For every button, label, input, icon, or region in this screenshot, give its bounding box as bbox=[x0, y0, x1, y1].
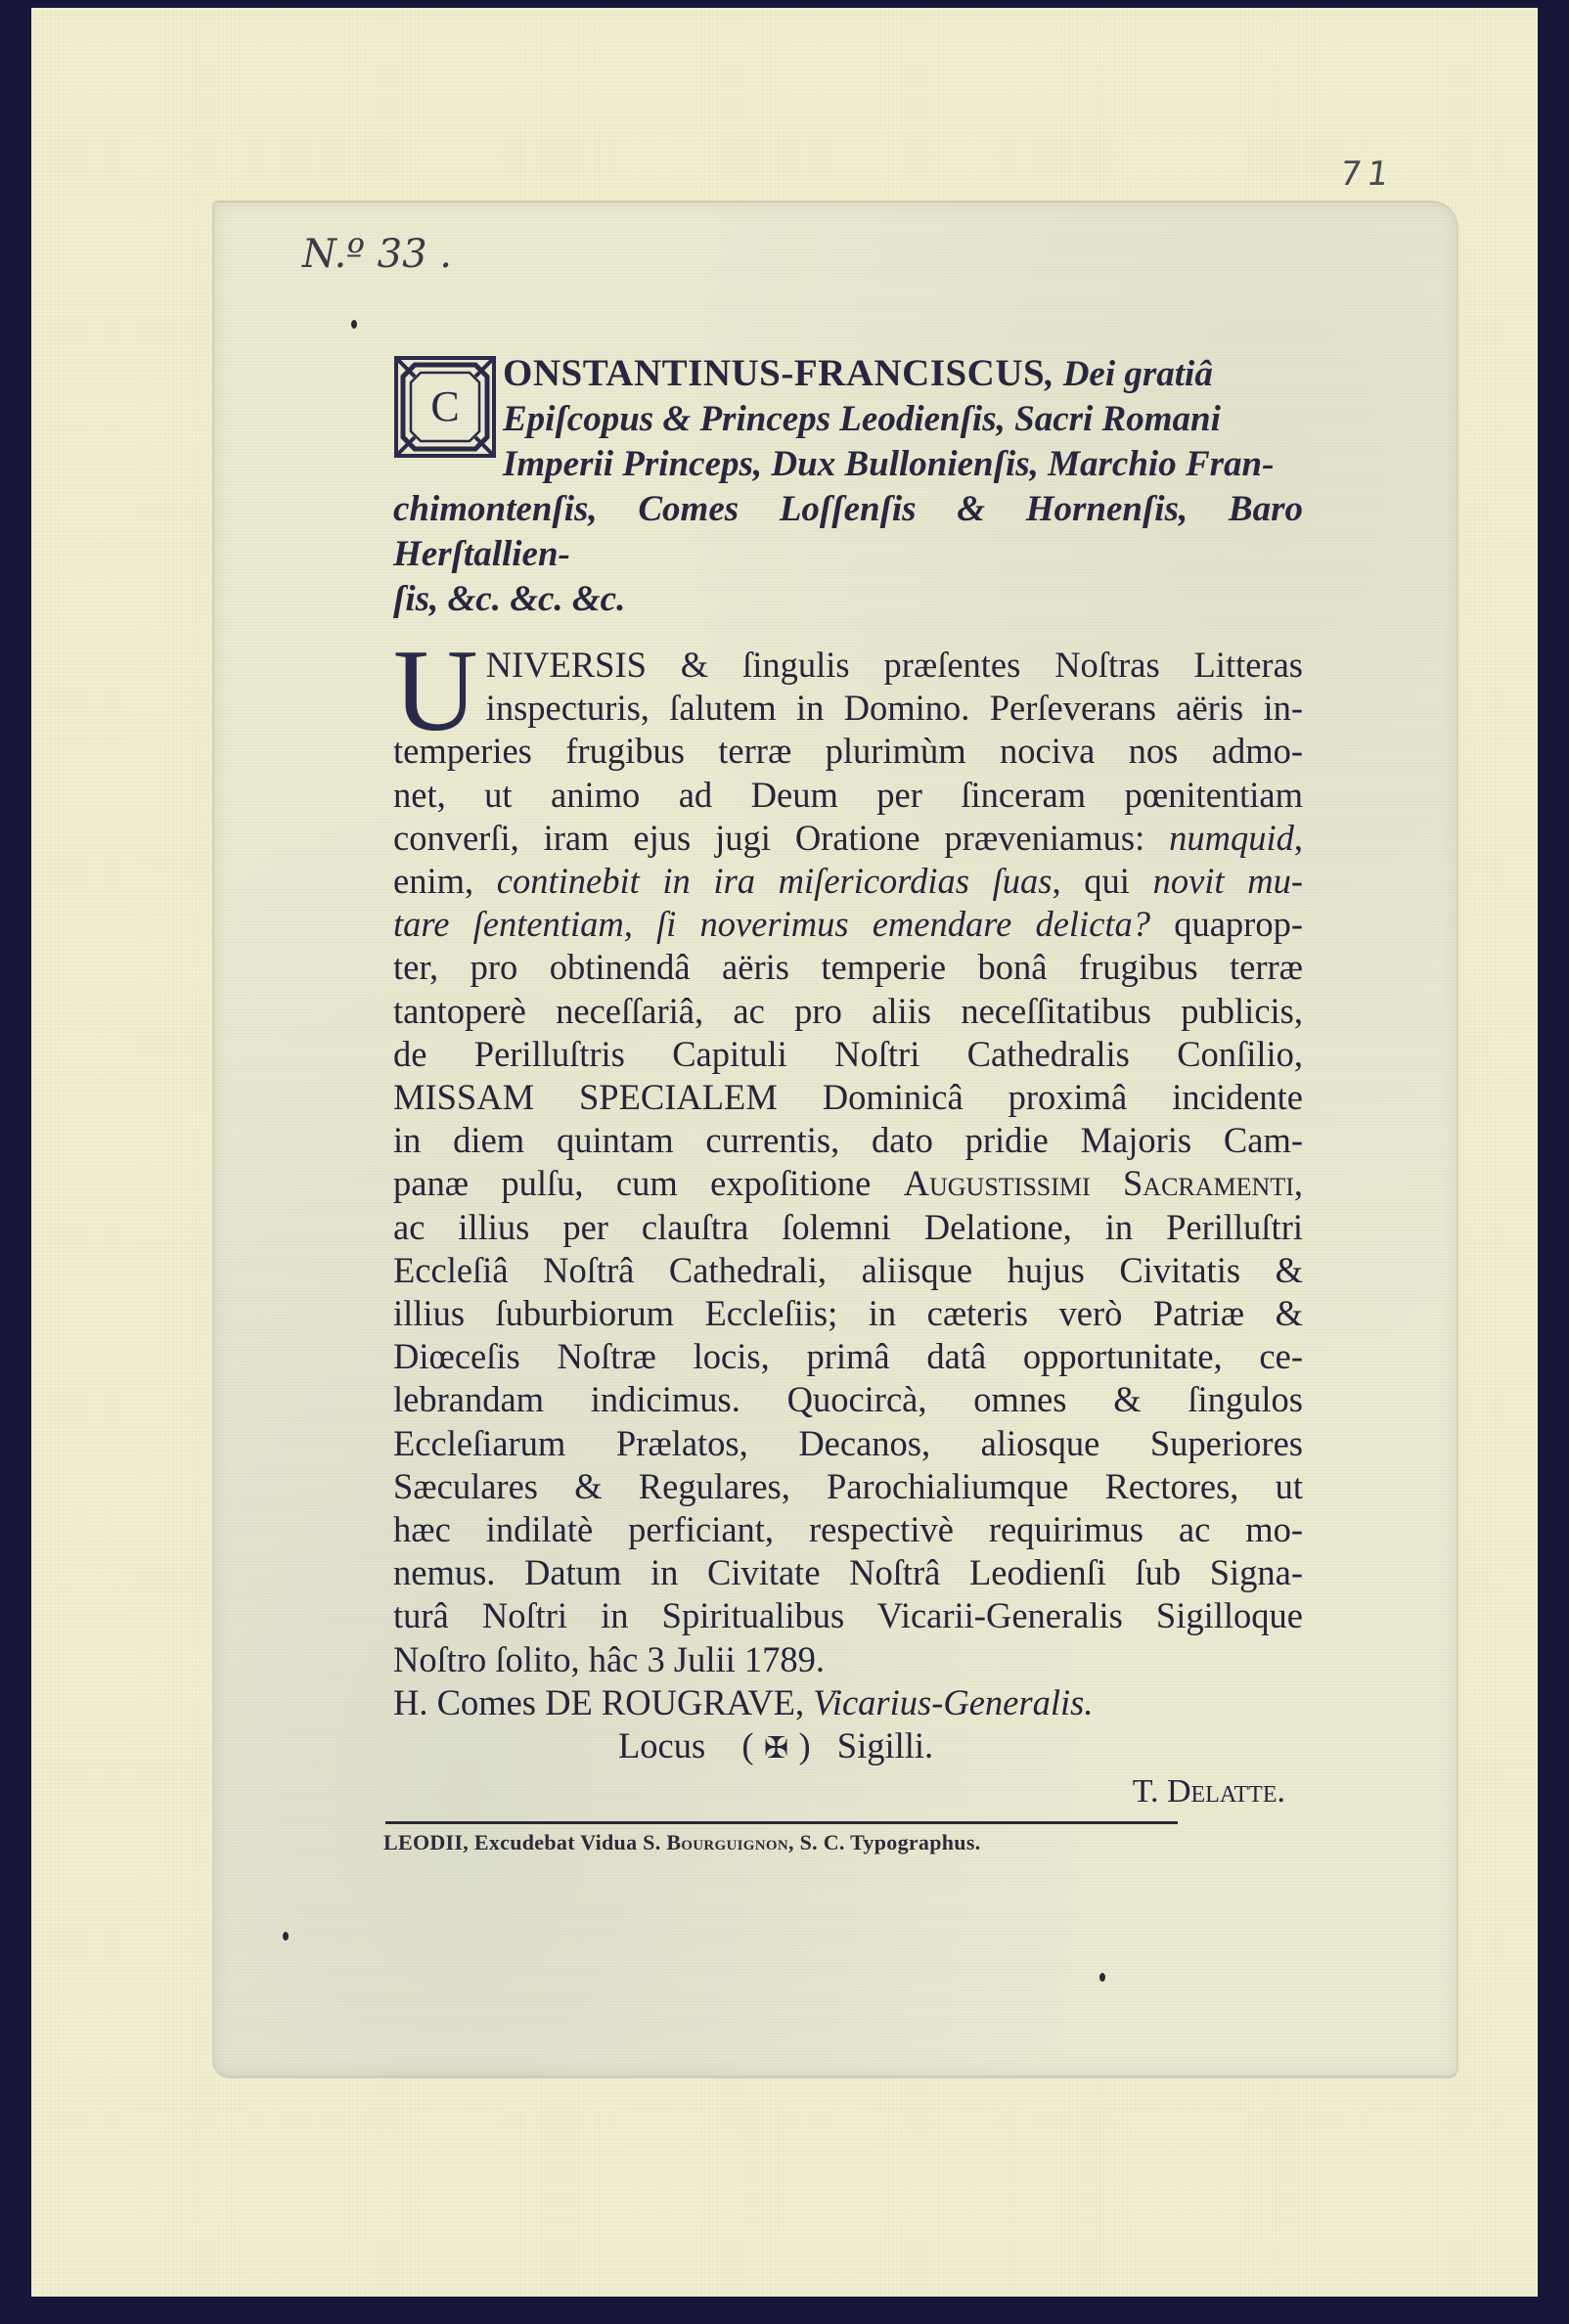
bishop-name: ONSTANTINUS-FRANCISCUS bbox=[503, 352, 1045, 394]
text-segment: Noſtro ſolito, hâc 3 Julii 1789. bbox=[393, 1639, 825, 1679]
body-line: turâ Noſtri in Spiritualibus Vicarii-Gen… bbox=[393, 1594, 1303, 1637]
body-lines: NIVERSIS & ſingulis præſentes Noſtras Li… bbox=[393, 644, 1303, 1681]
body-line: Sæculares & Regulares, Parochialiumque R… bbox=[393, 1465, 1303, 1508]
text-segment: Diœceſis Noſtræ locis, primâ datâ opport… bbox=[393, 1336, 1303, 1376]
heading-line: Epiſcopus & Princeps Leodienſis, Sacri R… bbox=[393, 397, 1303, 442]
text-segment: ter, pro obtinendâ aëris temperie bonâ f… bbox=[393, 947, 1303, 987]
body-line: de Perilluſtris Capituli Noſtri Cathedra… bbox=[393, 1033, 1303, 1076]
open-paren: ( bbox=[741, 1725, 753, 1765]
body-line: Diœceſis Noſtræ locis, primâ datâ opport… bbox=[393, 1335, 1303, 1378]
heading-line: , Dei gratiâ bbox=[1045, 354, 1213, 394]
drop-cap-u: U bbox=[393, 646, 478, 736]
text-segment: Eccleſiâ Noſtrâ Cathedrali, aliisque huj… bbox=[393, 1250, 1303, 1290]
ink-spot bbox=[283, 1932, 289, 1941]
imprint-end: , S. C. Typographus. bbox=[788, 1830, 981, 1855]
body-line: temperies frugibus terræ plurimùm nociva… bbox=[393, 730, 1303, 773]
seal-cross-icon: ✠ bbox=[761, 1727, 790, 1770]
divider-rule bbox=[385, 1821, 1178, 1824]
text-segment: nemus. Datum in Civitate Noſtrâ Leodienſ… bbox=[393, 1552, 1303, 1592]
text-segment: illius ſuburbiorum Eccleſiis; in cæteris… bbox=[393, 1293, 1303, 1333]
body-line: hæc indilatè perficiant, respectivè requ… bbox=[393, 1508, 1303, 1551]
secretary-signature: T. Delatte. bbox=[393, 1770, 1303, 1813]
body-line: Eccleſiarum Prælatos, Decanos, aliosque … bbox=[393, 1422, 1303, 1465]
body-line: lebrandam indicimus. Quocircà, omnes & ſ… bbox=[393, 1378, 1303, 1421]
decorated-initial-c: C bbox=[393, 355, 497, 459]
body-line: tare ſententiam, ſi noverimus emendare d… bbox=[393, 903, 1303, 946]
body-line: illius ſuburbiorum Eccleſiis; in cæteris… bbox=[393, 1292, 1303, 1335]
ink-spot bbox=[351, 320, 357, 329]
body-line: Noſtro ſolito, hâc 3 Julii 1789. bbox=[393, 1638, 1303, 1681]
heading-line: Imperii Princeps, Dux Bullonienſis, Marc… bbox=[393, 442, 1303, 487]
sigilli-label: Sigilli. bbox=[837, 1725, 933, 1765]
text-segment: , qui bbox=[1053, 861, 1153, 901]
body-line: net, ut animo ad Deum per ſinceram pœnit… bbox=[393, 774, 1303, 817]
body-line: converſi, iram ejus jugi Oratione præven… bbox=[393, 817, 1303, 860]
text-segment: net, ut animo ad Deum per ſinceram pœnit… bbox=[393, 775, 1303, 815]
signatory-name: H. Comes DE ROUGRAVE, bbox=[393, 1682, 813, 1722]
text-segment: in diem quintam currentis, dato pridie M… bbox=[393, 1120, 1303, 1160]
imprint-city: LEODII bbox=[383, 1830, 463, 1855]
svg-text:C: C bbox=[430, 382, 459, 430]
text-segment: Augustissimi Sacramenti bbox=[904, 1163, 1294, 1203]
body-line: Eccleſiâ Noſtrâ Cathedrali, aliisque huj… bbox=[393, 1249, 1303, 1292]
text-segment: , bbox=[1294, 1163, 1303, 1203]
manuscript-number: N.º 33 . bbox=[302, 232, 452, 277]
text-segment: NIVERSIS & ſingulis præſentes Noſtras Li… bbox=[486, 645, 1303, 685]
ornamental-frame-icon: C bbox=[393, 355, 497, 459]
text-segment: panæ pulſu, cum expoſitione bbox=[393, 1163, 904, 1203]
text-segment: novit mu- bbox=[1153, 861, 1303, 901]
body-line: ter, pro obtinendâ aëris temperie bonâ f… bbox=[393, 946, 1303, 989]
body-line: ac illius per clauſtra ſolemni Delatione… bbox=[393, 1206, 1303, 1249]
body-line: nemus. Datum in Civitate Noſtrâ Leodienſ… bbox=[393, 1551, 1303, 1594]
signatory-title: Vicarius-Generalis. bbox=[813, 1682, 1093, 1722]
text-segment: continebit in ira miſericordias ſuas bbox=[497, 861, 1053, 901]
imprint-printer: Bourguignon bbox=[666, 1830, 788, 1855]
body-text: U NIVERSIS & ſingulis præſentes Noſtras … bbox=[393, 644, 1303, 1681]
close-paren: ) bbox=[798, 1725, 810, 1765]
heading-line: ſis, &c. &c. &c. bbox=[393, 577, 1303, 622]
text-segment: turâ Noſtri in Spiritualibus Vicarii-Gen… bbox=[393, 1595, 1303, 1635]
text-segment: hæc indilatè perficiant, respectivè requ… bbox=[393, 1509, 1303, 1549]
text-segment: Sæculares & Regulares, Parochialiumque R… bbox=[393, 1466, 1303, 1506]
text-segment: inspecturis, ſalutem in Domino. Perſever… bbox=[486, 688, 1303, 728]
body-line: in diem quintam currentis, dato pridie M… bbox=[393, 1119, 1303, 1162]
text-segment: numquid bbox=[1169, 818, 1294, 858]
text-segment: ac illius per clauſtra ſolemni Delatione… bbox=[393, 1207, 1303, 1247]
printed-sheet: N.º 33 . C bbox=[212, 201, 1458, 2078]
body-line: inspecturis, ſalutem in Domino. Perſever… bbox=[393, 687, 1303, 730]
text-segment: temperies frugibus terræ plurimùm nociva… bbox=[393, 731, 1303, 771]
text-segment: de Perilluſtris Capituli Noſtri Cathedra… bbox=[393, 1034, 1303, 1074]
text-segment: Eccleſiarum Prælatos, Decanos, aliosque … bbox=[393, 1423, 1303, 1463]
heading-block: C ONSTANTINUS-FRANCISCUS, Dei gratiâ Epi… bbox=[393, 351, 1303, 622]
body-line: MISSAM SPECIALEM Dominicâ proximâ incide… bbox=[393, 1076, 1303, 1119]
body-line: NIVERSIS & ſingulis præſentes Noſtras Li… bbox=[393, 644, 1303, 687]
imprint-middle: , Excudebat Vidua S. bbox=[463, 1830, 666, 1855]
text-segment: quaprop- bbox=[1150, 904, 1303, 944]
archive-number: 71 bbox=[1337, 155, 1397, 194]
text-segment: lebrandam indicimus. Quocircà, omnes & ſ… bbox=[393, 1379, 1303, 1419]
text-segment: tantoperè neceſſariâ, ac pro aliis neceſ… bbox=[393, 991, 1303, 1031]
body-line: enim, continebit in ira miſericordias ſu… bbox=[393, 860, 1303, 903]
locus-label: Locus bbox=[618, 1725, 705, 1765]
text-segment: tare ſententiam, ſi noverimus emendare d… bbox=[393, 904, 1150, 944]
body-line: panæ pulſu, cum expoſitione Augustissimi… bbox=[393, 1162, 1303, 1205]
text-segment: , bbox=[1294, 818, 1303, 858]
text-segment: converſi, iram ejus jugi Oratione præven… bbox=[393, 818, 1169, 858]
vicar-general-signature: H. Comes DE ROUGRAVE, Vicarius-Generalis… bbox=[393, 1681, 1303, 1724]
text-segment: MISSAM SPECIALEM Dominicâ proximâ incide… bbox=[393, 1077, 1303, 1117]
edict-text: C ONSTANTINUS-FRANCISCUS, Dei gratiâ Epi… bbox=[393, 351, 1303, 1855]
heading-line: chimontenſis, Comes Loſſenſis & Hornenſi… bbox=[393, 487, 1303, 577]
text-segment: enim, bbox=[393, 861, 497, 901]
mount-board: 71 N.º 33 . C bbox=[31, 8, 1538, 2297]
ink-spot bbox=[1099, 1973, 1105, 1982]
seal-line: Locus (✠) Sigilli. bbox=[393, 1724, 1303, 1770]
printer-imprint: LEODII, Excudebat Vidua S. Bourguignon, … bbox=[383, 1830, 1303, 1855]
body-line: tantoperè neceſſariâ, ac pro aliis neceſ… bbox=[393, 990, 1303, 1033]
